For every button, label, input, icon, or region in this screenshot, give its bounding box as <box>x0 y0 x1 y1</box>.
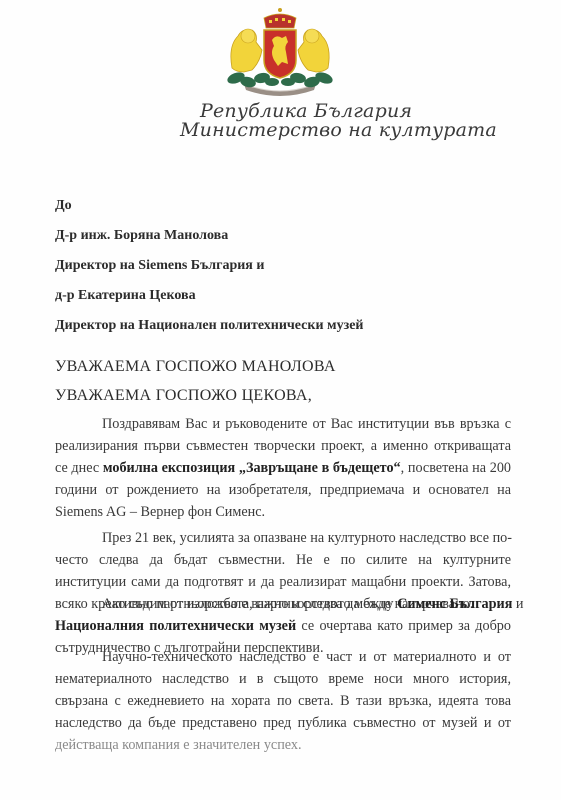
p2-line-2: често следва да бъдат съвместни. Не е по… <box>55 549 511 571</box>
paragraph-1: Поздравявам Вас и ръководените от Вас ин… <box>55 413 511 523</box>
recipient-name-2: д-р Екатерина Цекова <box>55 288 196 304</box>
p4-line-3: свързана с ежедневието на хората по свет… <box>55 690 511 712</box>
salutation-2: УВАЖАЕМА ГОСПОЖО ЦЕКОВА, <box>55 387 312 405</box>
p4-line-4: наследство да бъде представено пред публ… <box>55 712 511 734</box>
p1-line-5: Siemens AG – Вернер фон Сименс. <box>55 501 511 523</box>
partner-museum: Националния политехнически музей <box>55 618 296 634</box>
p2-line-3: институции сами да подготвят и да реализ… <box>55 571 511 593</box>
p4-line-2: нематериалното наследство и в същото вре… <box>55 668 511 690</box>
letter-page: Република България Министерство на култу… <box>0 0 561 800</box>
p4-line-5: действаща компания е значителен успех. <box>55 734 511 756</box>
partner-siemens: Сименс България <box>397 596 512 612</box>
p4-line-1: Научно-техническото наследство е част и … <box>55 646 511 668</box>
bulgaria-coat-of-arms-icon <box>222 6 338 98</box>
p1-line-2: реализирания първи съвместен творчески п… <box>55 435 511 457</box>
p2-line-1: През 21 век, усилията за опазване на кул… <box>55 527 511 549</box>
exhibition-title: мобилна експозиция „Завръщане в бъдещето… <box>103 460 401 476</box>
recipient-title-2: Директор на Национален политехнически му… <box>55 318 363 334</box>
recipient-to: До <box>55 198 72 214</box>
salutation-1: УВАЖАЕМА ГОСПОЖО МАНОЛОВА <box>55 358 336 376</box>
letterhead-ministry: Министерство на културата <box>180 119 497 141</box>
p1-line-4: години от рождението на изобретателя, пр… <box>55 479 511 501</box>
recipient-title-1: Директор на Siemens България и <box>55 258 264 274</box>
p3-line-1: Ако съдим от изложбата, партньорството м… <box>55 593 511 615</box>
paragraph-4: Научно-техническото наследство е част и … <box>55 646 511 756</box>
recipient-name-1: Д-р инж. Боряна Манолова <box>55 228 228 244</box>
p3-line-2: Националния политехнически музей се очер… <box>55 615 511 637</box>
p1-line-3: се днес мобилна експозиция „Завръщане в … <box>55 457 511 479</box>
p1-line-1: Поздравявам Вас и ръководените от Вас ин… <box>55 413 511 435</box>
